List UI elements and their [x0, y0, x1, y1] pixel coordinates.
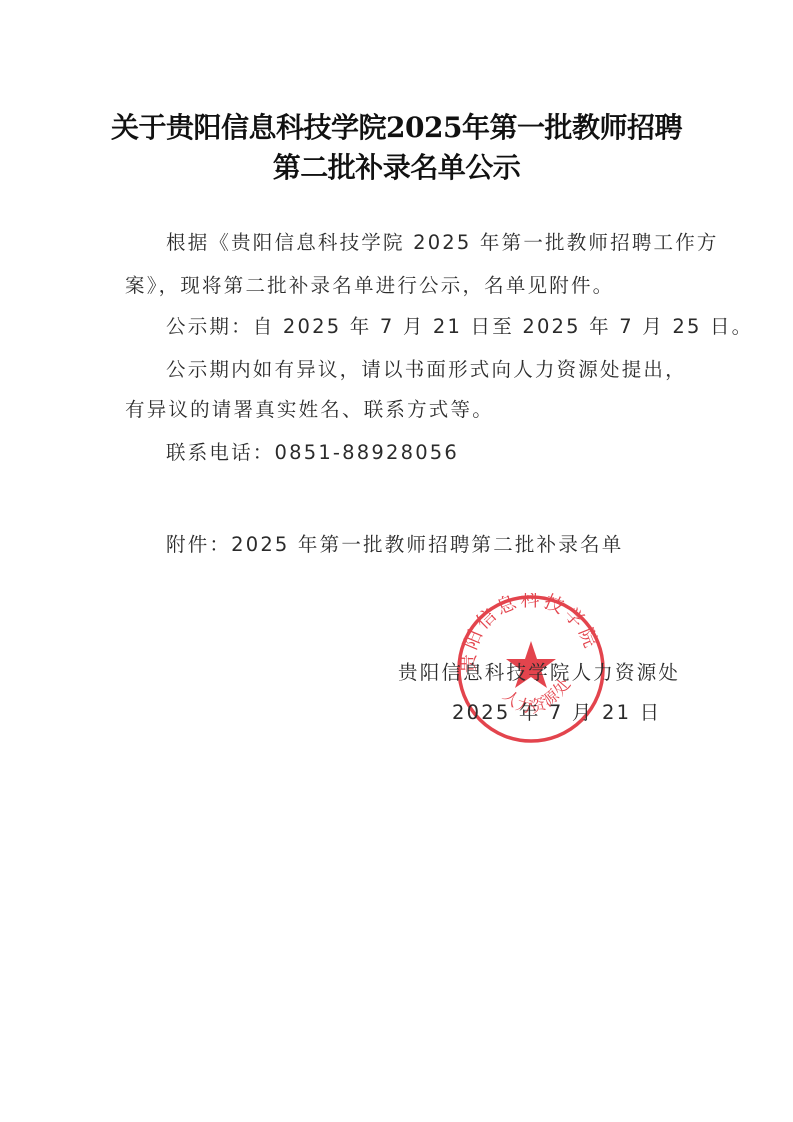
body-paragraph-contact-phone: 联系电话：0851-88928056 [166, 440, 459, 466]
body-paragraph-basis-line2: 案》，现将第二批补录名单进行公示，名单见附件。 [125, 273, 614, 299]
body-paragraph-objection-line1: 公示期内如有异议，请以书面形式向人力资源处提出， [166, 357, 687, 383]
attachment-line: 附件：2025 年第一批教师招聘第二批补录名单 [166, 532, 623, 558]
signature-organization: 贵阳信息科技学院人力资源处 [398, 660, 680, 686]
document-title-line2: 第二批补录名单公示 [0, 146, 793, 186]
signature-date: 2025 年 7 月 21 日 [452, 700, 661, 726]
body-paragraph-period: 公示期：自 2025 年 7 月 21 日至 2025 年 7 月 25 日。 [166, 314, 753, 340]
body-paragraph-basis-line1: 根据《贵阳信息科技学院 2025 年第一批教师招聘工作方 [166, 230, 719, 256]
document-page: 关于贵阳信息科技学院2025年第一批教师招聘 第二批补录名单公示 根据《贵阳信息… [0, 0, 793, 1122]
document-title-line1: 关于贵阳信息科技学院2025年第一批教师招聘 [0, 106, 793, 146]
body-paragraph-objection-line2: 有异议的请署真实姓名、联系方式等。 [125, 397, 494, 423]
